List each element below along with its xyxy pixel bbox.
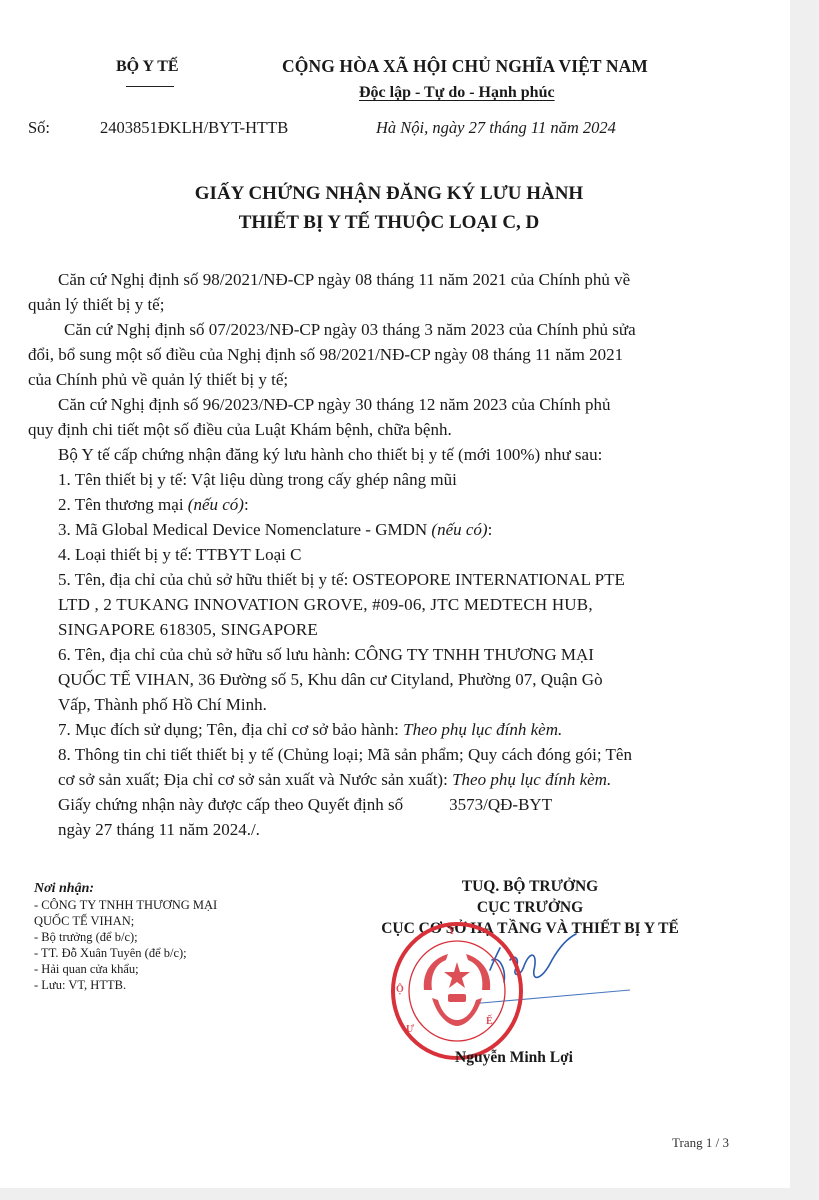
organization-underline bbox=[126, 86, 174, 87]
recipient-item: - Lưu: VT, HTTB. bbox=[34, 977, 217, 993]
item-device-class: 4. Loại thiết bị y tế: TTBYT Loại C bbox=[28, 542, 748, 567]
legal-basis-2-cont2: của Chính phủ về quản lý thiết bị y tế; bbox=[28, 367, 748, 392]
item-device-details: 8. Thông tin chi tiết thiết bị y tế (Chủ… bbox=[28, 742, 748, 767]
item-trade-name: 2. Tên thương mại (nếu có): bbox=[28, 492, 748, 517]
item-registration-holder-cont2: Vấp, Thành phố Hồ Chí Minh. bbox=[28, 692, 748, 717]
recipient-item: - CÔNG TY TNHH THƯƠNG MẠI bbox=[34, 897, 217, 913]
item-owner: 5. Tên, địa chỉ của chủ sở hữu thiết bị … bbox=[28, 567, 748, 592]
item-registration-holder: 6. Tên, địa chỉ của chủ sở hữu số lưu hà… bbox=[28, 642, 748, 667]
document-title-line2: THIẾT BỊ Y TẾ THUỘC LOẠI C, D bbox=[0, 212, 784, 234]
national-motto: Độc lập - Tự do - Hạnh phúc bbox=[359, 84, 555, 102]
svg-text:Y: Y bbox=[448, 926, 456, 937]
page-number: Trang 1 / 3 bbox=[672, 1135, 729, 1151]
legal-basis-2: Căn cứ Nghị định số 07/2023/NĐ-CP ngày 0… bbox=[28, 317, 748, 342]
item-purpose-warranty: 7. Mục đích sử dụng; Tên, địa chỉ cơ sở … bbox=[28, 717, 748, 742]
svg-text:Ư: Ư bbox=[406, 1024, 414, 1035]
decision-date: ngày 27 tháng 11 năm 2024./. bbox=[28, 817, 748, 842]
place-and-date: Hà Nội, ngày 27 tháng 11 năm 2024 bbox=[376, 118, 616, 138]
official-seal-icon: Ộ Ư Ế Y bbox=[388, 920, 526, 1062]
recipient-item: - Hải quan cửa khẩu; bbox=[34, 961, 217, 977]
recipient-item: - Bộ trưởng (để b/c); bbox=[34, 929, 217, 945]
item-owner-cont: LTD , 2 TUKANG INNOVATION GROVE, #09-06,… bbox=[28, 592, 748, 617]
legal-basis-1-cont: quản lý thiết bị y tế; bbox=[28, 292, 748, 317]
document-page: BỘ Y TẾ CỘNG HÒA XÃ HỘI CHỦ NGHĨA VIỆT N… bbox=[0, 0, 790, 1188]
signatory-title: CỤC TRƯỞNG bbox=[340, 897, 720, 918]
item-gmdn: 3. Mã Global Medical Device Nomenclature… bbox=[28, 517, 748, 542]
item-device-details-cont: cơ sở sản xuất; Địa chỉ cơ sở sản xuất v… bbox=[28, 767, 748, 792]
legal-basis-2-cont: đổi, bổ sung một số điều của Nghị định s… bbox=[28, 342, 748, 367]
legal-basis-3-cont: quy định chi tiết một số điều của Luật K… bbox=[28, 417, 748, 442]
document-number: 2403851ĐKLH/BYT-HTTB bbox=[100, 118, 288, 138]
legal-basis-3: Căn cứ Nghị định số 96/2023/NĐ-CP ngày 3… bbox=[28, 392, 748, 417]
decision-reference: Giấy chứng nhận này được cấp theo Quyết … bbox=[28, 792, 748, 817]
document-body: Căn cứ Nghị định số 98/2021/NĐ-CP ngày 0… bbox=[28, 267, 748, 842]
recipients-title: Nơi nhận: bbox=[34, 880, 217, 897]
document-title-line1: GIẤY CHỨNG NHẬN ĐĂNG KÝ LƯU HÀNH bbox=[0, 183, 784, 205]
national-title: CỘNG HÒA XÃ HỘI CHỦ NGHĨA VIỆT NAM bbox=[282, 56, 648, 77]
signer-name: Nguyễn Minh Lợi bbox=[455, 1049, 573, 1067]
issuing-organization: BỘ Y TẾ bbox=[116, 58, 179, 76]
recipient-item: QUỐC TẾ VIHAN; bbox=[34, 913, 217, 929]
document-number-label: Số: bbox=[28, 118, 50, 138]
recipient-item: - TT. Đỗ Xuân Tuyên (để b/c); bbox=[34, 945, 217, 961]
decision-number: 3573/QĐ-BYT bbox=[449, 795, 552, 814]
item-registration-holder-cont: QUỐC TẾ VIHAN, 36 Đường số 5, Khu dân cư… bbox=[28, 667, 748, 692]
recipients-block: Nơi nhận: - CÔNG TY TNHH THƯƠNG MẠI QUỐC… bbox=[34, 880, 217, 993]
svg-text:Ế: Ế bbox=[486, 1014, 493, 1027]
svg-text:Ộ: Ộ bbox=[396, 982, 404, 995]
item-owner-cont2: SINGAPORE 618305, SINGAPORE bbox=[28, 617, 748, 642]
item-device-name: 1. Tên thiết bị y tế: Vật liệu dùng tron… bbox=[28, 467, 748, 492]
signatory-authority: TUQ. BỘ TRƯỞNG bbox=[340, 876, 720, 897]
grant-statement: Bộ Y tế cấp chứng nhận đăng ký lưu hành … bbox=[28, 442, 748, 467]
legal-basis-1: Căn cứ Nghị định số 98/2021/NĐ-CP ngày 0… bbox=[28, 267, 748, 292]
